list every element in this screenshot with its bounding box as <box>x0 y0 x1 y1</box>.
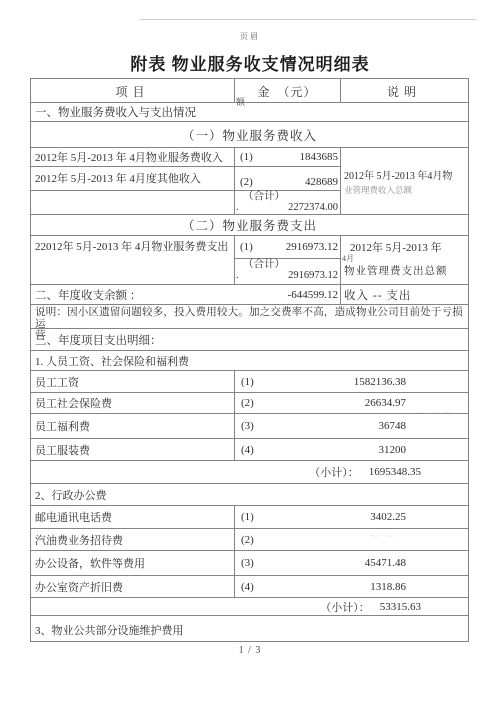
page-number: 1 / 3 <box>0 645 500 656</box>
expense-note-line1: 2012年 5月-2013 年 <box>340 239 468 255</box>
row-index: (1) <box>240 151 253 163</box>
expense-note-cell: 2012年 5月-2013 年 4月 物业管理费支出总额 <box>340 236 468 285</box>
subtotal-label: （小计）： <box>309 464 359 480</box>
subtotal-label: （小计）： <box>320 599 370 615</box>
row-value: 36748 <box>379 420 407 432</box>
col-header-item: 项目 <box>31 79 234 103</box>
detail-label: 办公室资产折旧费 <box>31 579 123 595</box>
subtotal-value: 53315.63 <box>380 601 421 613</box>
group2-title: 2、行政办公费 <box>31 487 107 503</box>
income-block: 2012年 5月-2013 年 4月物业服务费收入 (1) 1843685 20… <box>31 148 468 215</box>
detail-row: 员工社会保险费 (2) 26634.97 <box>31 393 468 414</box>
detail-label: 员工工资 <box>31 374 79 390</box>
balance-label: 二、年度收支余额 ： <box>35 287 141 303</box>
row-value: 45471.48 <box>365 557 406 569</box>
income-heading: （一）物业服务费收入 <box>31 122 468 147</box>
row-value: 1582136.38 <box>354 376 406 388</box>
subtotal-value: 1695348.35 <box>369 466 421 478</box>
stray-dot: . <box>236 270 239 281</box>
section3-heading-row: 三、年度项目支出明细： <box>31 329 468 351</box>
group2-subtotal-row: （小计）： 53315.63 <box>31 598 468 616</box>
income-total-value: 2272374.00 <box>288 202 338 213</box>
row-value: 31200 <box>379 444 407 456</box>
page-header-label: 页眉 <box>0 31 500 42</box>
income-row-label: 2012年 5月-2013 年 4月物业服务费收入 <box>31 148 234 166</box>
section1-heading: 一、物业服务费收入与支出情况 <box>31 104 196 120</box>
expense-note-line2: 4月 <box>340 255 468 263</box>
row-index: (4) <box>241 444 254 456</box>
detail-label: 办公设备，软件等费用 <box>31 555 145 571</box>
income-heading-row: （一）物业服务费收入 <box>31 122 468 148</box>
remark-line1: 说明：因小区遗留问题较多，投入费用较大。加之交费率不高，造成物业公司目前处于亏损… <box>35 307 465 330</box>
detail-row: 邮电通讯电话费 (1) 3402.25 <box>31 506 468 529</box>
detail-label: 邮电通讯电话费 <box>31 509 112 525</box>
col-header-amount: 金 （元） <box>234 79 340 103</box>
total-label: （合计） <box>234 259 340 270</box>
income-note-line2: 业管理费收入总额 <box>344 184 468 196</box>
expense-total-cell: （合计） . 2916973.12 <box>234 258 340 285</box>
row-index: (1) <box>240 241 253 253</box>
balance-note: 收入 -- 支出 <box>340 285 468 305</box>
detail-label: 员工社会保险费 <box>31 395 112 411</box>
detail-label: 员工福利费 <box>31 418 90 434</box>
row-index: (4) <box>241 581 254 593</box>
row-value: 3402.25 <box>370 511 406 523</box>
expense-row-amount: (1) 2916973.12 <box>234 236 340 258</box>
section3-heading: 三、年度项目支出明细： <box>31 332 162 348</box>
row-index: (3) <box>241 420 254 432</box>
expense-heading-row: （二）物业服务费支出 <box>31 215 468 236</box>
remark-row: 说明：因小区遗留问题较多，投入费用较大。加之交费率不高，造成物业公司目前处于亏损… <box>31 305 468 329</box>
group1-subtotal-row: （小计）： 1695348.35 <box>31 461 468 484</box>
row-value: 1843685 <box>300 151 339 163</box>
detail-row: 办公设备，软件等费用 (3) 45471.48 <box>31 551 468 576</box>
row-value: 428689 <box>305 176 338 188</box>
income-row-amount: (1) 1843685 <box>234 148 340 166</box>
col-header-note: 说明 <box>340 79 468 103</box>
detail-row: 员工福利费 (3) 36748 –· ‥ · · ·– <box>31 414 468 439</box>
income-total-cell: （合计） . 2272374.00 <box>234 190 340 215</box>
total-label: （合计） <box>234 191 340 202</box>
row-index: (1) <box>241 376 254 388</box>
page-title: 附表 物业服务收支情况明细表 <box>0 50 500 75</box>
row-index: (3) <box>241 557 254 569</box>
row-index: (2) <box>241 534 254 546</box>
row-value: 2916973.12 <box>286 241 338 253</box>
group1-title-row: 1. 人员工资、社会保险和福利费 <box>31 351 468 371</box>
stray-dot: . <box>236 202 239 213</box>
expense-total-value: 2916973.12 <box>288 270 338 281</box>
row-index: (2) <box>241 397 254 409</box>
expense-row-label: 22012年 5月-2013 年 4月物业服务费支出 <box>31 236 234 285</box>
detail-label: 汽油费业务招待费 <box>31 532 123 548</box>
row-index: (2) <box>240 176 253 188</box>
income-row-amount: (2) 428689 <box>234 166 340 190</box>
balance-area: 二、年度收支余额 ： -644599.12 <box>31 285 340 305</box>
balance-value: -644599.12 <box>288 289 338 301</box>
page-header-rule <box>140 19 476 20</box>
group3-title-row: 3、物业公共部分设施维护费用 <box>31 616 468 643</box>
row-value: 26634.97 <box>365 397 406 409</box>
group1-title: 1. 人员工资、社会保险和福利费 <box>31 353 189 369</box>
expense-note-line3: 物业管理费支出总额 <box>340 263 468 278</box>
table-header-row: 项目 金 （元） 额 说明 <box>31 79 468 103</box>
detail-row: 员工服装费 (4) 31200 <box>31 439 468 461</box>
details-table: 项目 金 （元） 额 说明 一、物业服务费收入与支出情况 （一）物业服务费收入 … <box>30 78 469 642</box>
group3-title: 3、物业公共部分设施维护费用 <box>31 622 184 638</box>
col-header-amount-wrapped-char: 额 <box>236 95 245 108</box>
detail-row: 汽油费业务招待费 (2) –‥· ·‥‥ <box>31 529 468 551</box>
detail-row: 办公室资产折旧费 (4) 1318.86 <box>31 576 468 598</box>
income-note-cell: 2012年 5月-2013 年4月物 业管理费收入总额 <box>340 148 468 215</box>
group2-title-row: 2、行政办公费 <box>31 484 468 506</box>
income-row-label: 2012年 5月-2013 年 4月度其他收入 <box>31 166 234 190</box>
section1-heading-row: 一、物业服务费收入与支出情况 <box>31 103 468 122</box>
income-note-line1: 2012年 5月-2013 年4月物 <box>344 167 468 182</box>
row-value: 1318.86 <box>370 581 406 593</box>
scan-artifact: –· ‥ · · ·– <box>419 410 450 416</box>
scan-artifact: –‥· ·‥‥ <box>371 533 395 539</box>
row-index: (1) <box>241 511 254 523</box>
detail-label: 员工服装费 <box>31 442 90 458</box>
expense-block: 22012年 5月-2013 年 4月物业服务费支出 (1) 2916973.1… <box>31 236 468 285</box>
detail-row: 员工工资 (1) 1582136.38 <box>31 371 468 393</box>
balance-row: 二、年度收支余额 ： -644599.12 收入 -- 支出 <box>31 285 468 305</box>
expense-heading: （二）物业服务费支出 <box>31 215 468 235</box>
document-page: 页眉 附表 物业服务收支情况明细表 项目 金 （元） 额 说明 一、物业服务费收… <box>0 0 500 708</box>
